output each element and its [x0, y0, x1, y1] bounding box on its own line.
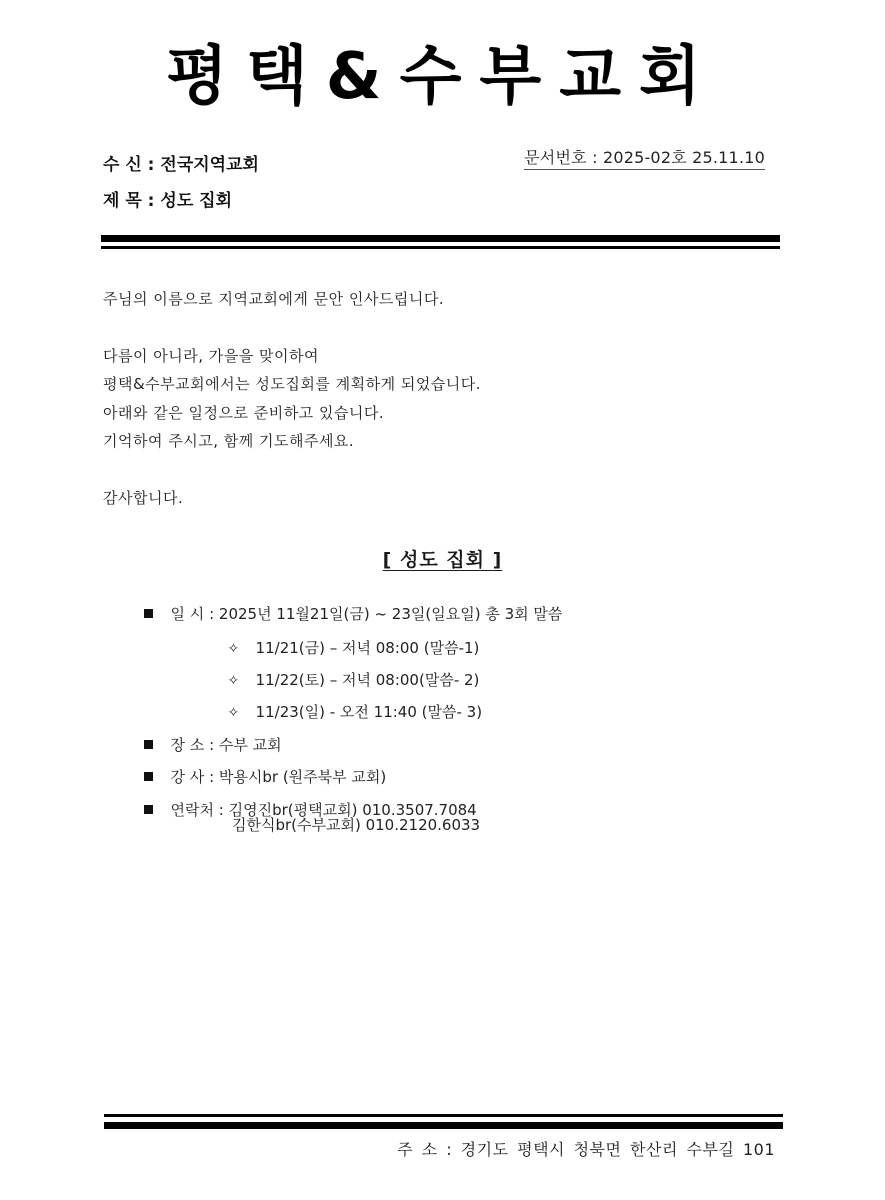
subject-value: 성도 집회: [160, 191, 232, 211]
section-title: [ 성도 집회 ]: [0, 545, 885, 572]
header-rule-thick: [101, 235, 780, 242]
black-square-icon: [144, 609, 153, 618]
header-rule-thin: [101, 246, 780, 249]
letter-body: 주님의 이름으로 지역교회에게 문안 인사드립니다. 다름이 아니라, 가을을 …: [103, 285, 481, 512]
info-label: 일 시 :: [171, 605, 215, 623]
recipient-value: 전국지역교회: [160, 155, 259, 175]
paragraph-line: 아래와 같은 일정으로 준비하고 있습니다.: [103, 399, 481, 428]
document-title: 평택&수부교회: [0, 32, 885, 122]
footer-rule-thick: [104, 1122, 783, 1129]
closing: 감사합니다.: [103, 484, 481, 513]
paragraph-line: 기억하여 주시고, 함께 기도해주세요.: [103, 427, 481, 456]
recipient-label: 수 신 :: [103, 155, 154, 175]
document-number: 문서번호 : 2025-02호 25.11.10: [524, 145, 765, 170]
paragraph-line: 다름이 아니라, 가을을 맞이하여: [103, 342, 481, 371]
contact-extra: 김한식br(수부교회) 010.2120.6033: [232, 814, 480, 835]
black-square-icon: [144, 805, 153, 814]
footer-rule-thin: [104, 1114, 783, 1117]
subject-line: 제 목 : 성도 집회: [103, 186, 232, 211]
black-square-icon: [144, 772, 153, 781]
paragraph-line: 평택&수부교회에서는 성도집회를 계획하게 되었습니다.: [103, 370, 481, 399]
greeting: 주님의 이름으로 지역교회에게 문안 인사드립니다.: [103, 285, 481, 314]
subject-label: 제 목 :: [103, 191, 154, 211]
recipient-line: 수 신 : 전국지역교회: [103, 150, 259, 175]
info-label: 연락처 :: [171, 801, 224, 819]
footer-address: 주 소 : 경기도 평택시 청북면 한산리 수부길 101: [397, 1137, 775, 1160]
